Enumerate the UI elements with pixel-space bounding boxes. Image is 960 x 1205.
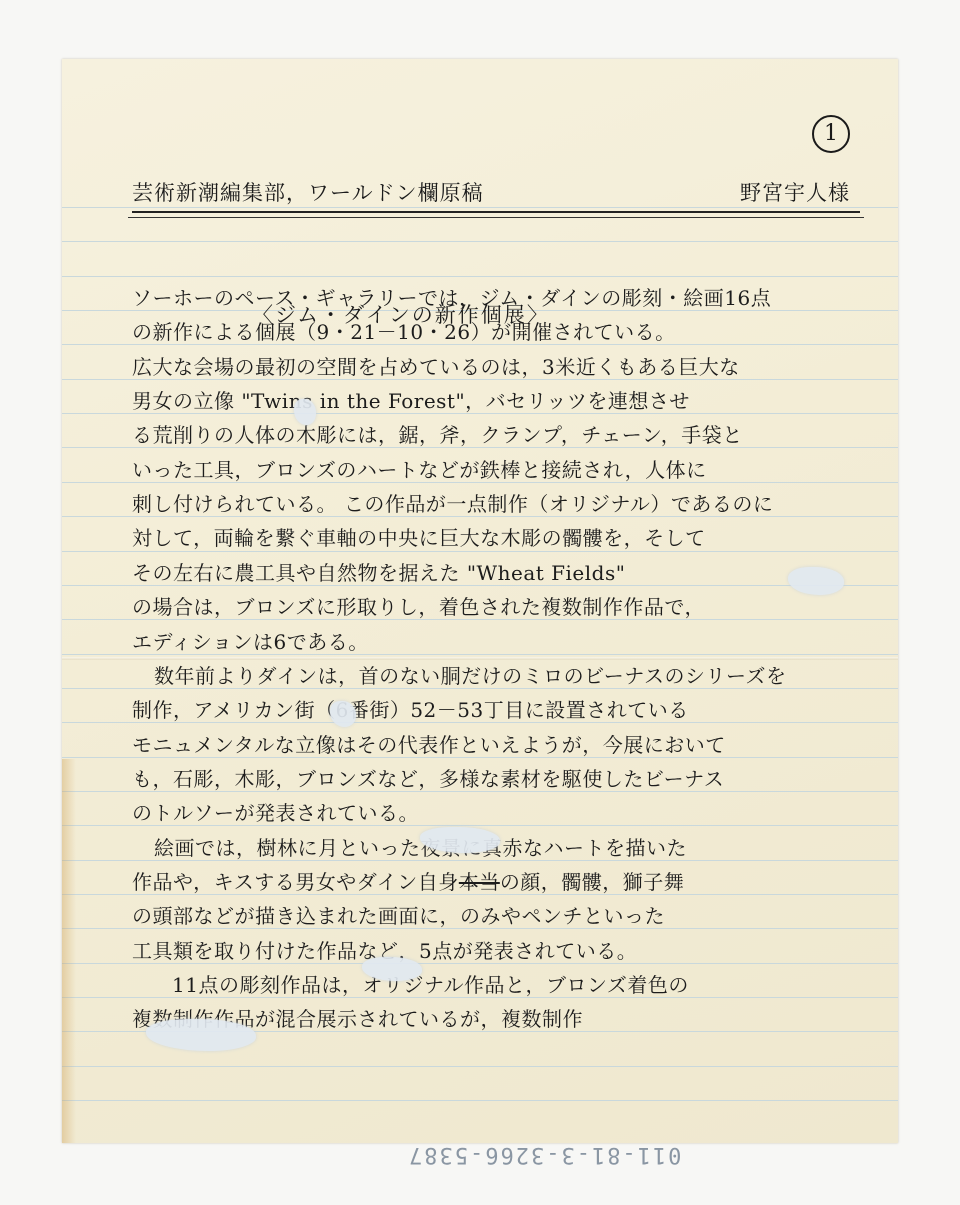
- manuscript-page: 1 芸術新潮編集部，ワールドン欄原稿 野宮宇人様 〈ジム・ダインの新作個展〉 ソ…: [62, 59, 898, 1143]
- body-line-12: 数年前よりダインは，首のない胴だけのミロのビーナスのシリーズを: [154, 661, 787, 691]
- body-line-6: いった工具，ブロンズのハートなどが鉄棒と接続され，人体に: [132, 455, 707, 485]
- body-line-14: モニュメンタルな立像はその代表作といえようが，今展において: [132, 730, 726, 760]
- page-number-circle: 1: [812, 115, 850, 153]
- line-text-before-correction: 作品や，キスする男女やダイン自身: [132, 870, 459, 894]
- ruled-line: [62, 1066, 898, 1067]
- heading-recipient-right: 野宮宇人様: [740, 177, 850, 207]
- correction-fluid-mark: [294, 399, 316, 425]
- body-line-3: 広大な会場の最初の空間を占めているのは，3米近くもある巨大な: [132, 352, 740, 382]
- correction-fluid-mark: [146, 1019, 256, 1051]
- correction-fluid-mark: [788, 567, 844, 595]
- body-line-9: その左右に農工具や自然物を据えた "Wheat Fields": [132, 558, 625, 588]
- body-line-8: 対して，両輪を繋ぐ車軸の中央に巨大な木彫の髑髏を，そして: [132, 523, 706, 553]
- body-line-13: 制作，アメリカン街（6番街）52－53丁目に設置されている: [132, 695, 689, 725]
- ruled-line: [62, 276, 898, 277]
- body-line-19: の頭部などが描き込まれた画面に，のみやペンチといった: [132, 901, 665, 931]
- struck-out-text: 本当: [459, 870, 500, 894]
- body-line-11: エディションは6である。: [132, 627, 369, 657]
- upside-down-pencil-note: 011-81-3-3266-5387: [407, 1142, 681, 1167]
- body-line-7: 刺し付けられている。 この作品が一点制作（オリジナル）であるのに: [132, 489, 773, 519]
- body-line-18: 作品や，キスする男女やダイン自身本当の顔，髑髏，獅子舞: [132, 867, 684, 897]
- line-text-after-correction: の顔，髑髏，獅子舞: [500, 870, 685, 894]
- body-line-4: 男女の立像 "Twins in the Forest"，バセリッツを連想させ: [132, 386, 690, 416]
- body-line-5: る荒削りの人体の木彫には，鋸，斧，クランプ，チェーン，手袋と: [132, 420, 743, 450]
- body-line-1: ソーホーのペース・ギャラリーでは，ジム・ダインの彫刻・絵画16点: [132, 283, 771, 313]
- body-line-2: の新作による個展（9・21－10・26）が開催されている。: [132, 317, 676, 347]
- body-line-16: のトルソーが発表されている。: [132, 798, 419, 828]
- heading-recipient-left: 芸術新潮編集部，ワールドン欄原稿: [132, 177, 484, 207]
- ruled-line: [62, 241, 898, 242]
- ruled-line: [62, 1100, 898, 1101]
- correction-fluid-mark: [330, 701, 356, 727]
- body-line-15: も，石彫，木彫，ブロンズなど，多様な素材を駆使したビーナス: [132, 764, 724, 794]
- manuscript-heading: 芸術新潮編集部，ワールドン欄原稿 野宮宇人様: [132, 177, 860, 213]
- body-line-21: 11点の彫刻作品は，オリジナル作品と，ブロンズ着色の: [172, 970, 689, 1000]
- body-line-10: の場合は，ブロンズに形取りし，着色された複数制作作品で，: [132, 592, 705, 622]
